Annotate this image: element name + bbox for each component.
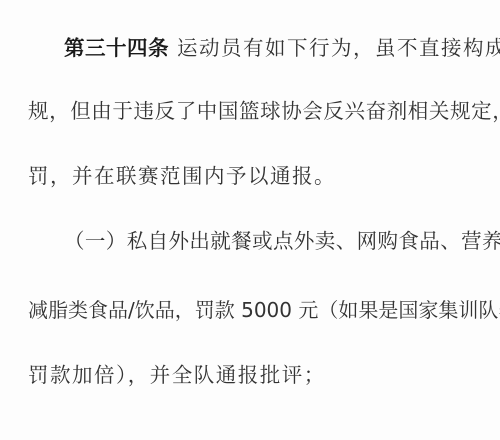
article-heading: 第三十四条	[64, 36, 169, 60]
article-first-line: 第三十四条运动员有如下行为，虽不直接构成兴奋剂违	[64, 35, 500, 61]
clause-1-line-1: （一）私自外出就餐或点外卖、网购食品、营养品、减肥/	[64, 228, 500, 254]
article-text-line-3: 罚，并在联赛范围内予以通报。	[28, 163, 336, 189]
clause-1-line-3: 罚款加倍），并全队通报批评；	[28, 362, 326, 388]
article-text-line-1: 运动员有如下行为，虽不直接构成兴奋剂违	[177, 36, 500, 60]
article-text-line-2: 规，但由于违反了中国篮球协会反兴奋剂相关规定，应给予处	[28, 98, 500, 124]
clause-1-line-2: 减脂类食品/饮品，罚款 5000 元（如果是国家集训队名单运动员	[28, 297, 500, 323]
document-page: 第三十四条运动员有如下行为，虽不直接构成兴奋剂违 规，但由于违反了中国篮球协会反…	[0, 0, 500, 440]
